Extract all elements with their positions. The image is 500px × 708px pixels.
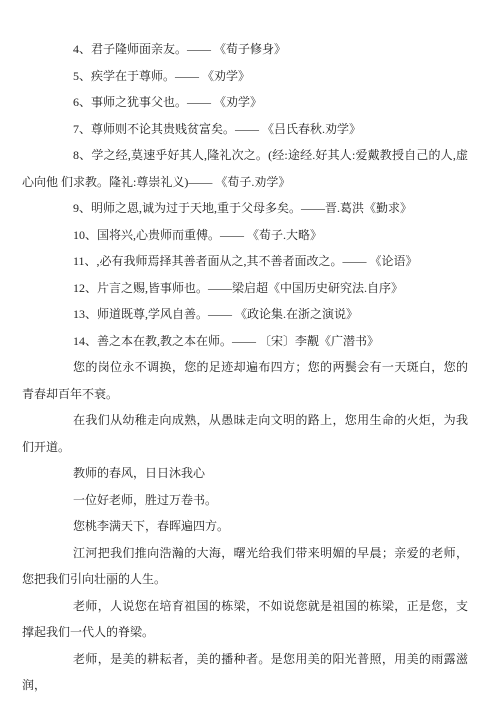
prose-paragraph: 在我们从幼稚走向成熟，从愚昧走向文明的路上，您用生命的火炬，为我们开道。	[22, 407, 468, 460]
quote-line: 12、片言之赐,皆事师也。——梁启超《中国历史研究法.自序》	[22, 275, 468, 302]
prose-paragraph: 您桃李满天下，春晖遍四方。	[22, 513, 468, 540]
quote-line: 4、君子隆师面亲友。—— 《荀子修身》	[22, 36, 468, 63]
quote-line: 13、师道既尊,学风自善。—— 《政论集.在浙之演说》	[22, 301, 468, 328]
prose-paragraph: 一位好老师，胜过万卷书。	[22, 487, 468, 514]
quote-line: 7、尊师则不论其贵贱贫富矣。—— 《吕氏春秋.劝学》	[22, 116, 468, 143]
quote-line: 11、,必有我师焉择其善者面从之,其不善者面改之。—— 《论语》	[22, 248, 468, 275]
quote-line: 10、国将兴,心贵师而重傅。—— 《荀子.大略》	[22, 222, 468, 249]
prose-paragraph: 江河把我们推向浩瀚的大海，曙光给我们带来明媚的早晨；亲爱的老师，您把我们引向壮丽…	[22, 540, 468, 593]
quote-list: 4、君子隆师面亲友。—— 《荀子修身》5、疾学在于尊师。—— 《劝学》6、事师之…	[22, 36, 468, 354]
prose-paragraph: 老师，是美的耕耘者，美的播种者。是您用美的阳光普照，用美的雨露滋润，	[22, 646, 468, 699]
prose-paragraph: 您的岗位永不调换，您的足迹却遍布四方；您的两鬓会有一天斑白，您的青春却百年不衰。	[22, 354, 468, 407]
prose-paragraph: 教师的春风，日日沐我心	[22, 460, 468, 487]
quote-line: 9、明师之恩,诚为过于天地,重于父母多矣。——晋.葛洪《勤求》	[22, 195, 468, 222]
prose-section: 您的岗位永不调换，您的足迹却遍布四方；您的两鬓会有一天斑白，您的青春却百年不衰。…	[22, 354, 468, 699]
quote-line: 6、事师之犹事父也。—— 《劝学》	[22, 89, 468, 116]
quote-line: 14、善之本在教,教之本在师。—— 〔宋〕李觏《广潜书》	[22, 328, 468, 355]
quote-line: 5、疾学在于尊师。—— 《劝学》	[22, 63, 468, 90]
prose-paragraph: 老师，人说您在培育祖国的栋梁，不如说您就是祖国的栋梁，正是您，支撑起我们一代人的…	[22, 593, 468, 646]
quote-line: 8、学之经,莫速乎好其人,隆礼次之。(经:途经.好其人:爱戴教授自己的人,虚心向…	[22, 142, 468, 195]
document-page: 4、君子隆师面亲友。—— 《荀子修身》5、疾学在于尊师。—— 《劝学》6、事师之…	[0, 0, 500, 708]
